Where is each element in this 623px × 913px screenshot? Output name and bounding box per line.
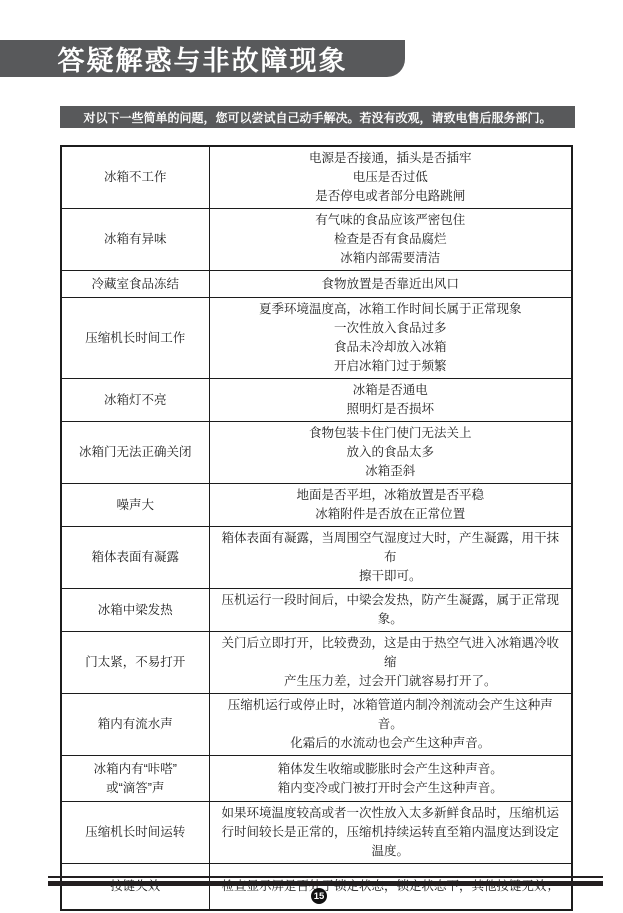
- table-row: 冰箱内有“咔嗒” 或“滴答”声 箱体发生收缩或膨胀时会产生这种声音。 箱内变冷或…: [61, 756, 572, 802]
- problem-cell: 冰箱内有“咔嗒” 或“滴答”声: [61, 756, 209, 802]
- problem-cell: 噪声大: [61, 484, 209, 527]
- page-number-badge: 15: [311, 888, 327, 904]
- solution-cell: 地面是否平坦，冰箱放置是否平稳 冰箱附件是否放在正常位置: [209, 484, 572, 527]
- problem-cell: 冰箱灯不亮: [61, 379, 209, 422]
- solution-cell: 箱体发生收缩或膨胀时会产生这种声音。 箱内变冷或门被打开时会产生这种声音。: [209, 756, 572, 802]
- solution-cell: 电源是否接通，插头是否插牢 电压是否过低 是否停电或者部分电路跳闸: [209, 146, 572, 209]
- table-row: 冰箱有异味 有气味的食品应该严密包住 检查是否有食品腐烂 冰箱内部需要清洁: [61, 209, 572, 271]
- problem-cell: 冰箱门无法正确关闭: [61, 422, 209, 484]
- footer-rule-thin: [48, 876, 603, 878]
- solution-cell: 有气味的食品应该严密包住 检查是否有食品腐烂 冰箱内部需要清洁: [209, 209, 572, 271]
- problem-cell: 压缩机长时间运转: [61, 802, 209, 864]
- solution-cell: 如果环境温度较高或者一次性放入太多新鲜食品时，压缩机运 行时间较长是正常的，压缩…: [209, 802, 572, 864]
- section-title-bar: 答疑解惑与非故障现象: [0, 40, 405, 77]
- solution-cell: 食物包装卡住门使门无法关上 放入的食品太多 冰箱歪斜: [209, 422, 572, 484]
- solution-cell: 食物放置是否靠近出风口: [209, 271, 572, 298]
- problem-cell: 门太紧，不易打开: [61, 632, 209, 694]
- solution-cell: 检查显示屏是否处于锁定状态，锁定状态下，其他按键无效；: [209, 864, 572, 910]
- solution-cell: 夏季环境温度高，冰箱工作时间长属于正常现象 一次性放入食品过多 食品未冷却放入冰…: [209, 298, 572, 379]
- problem-cell: 冰箱有异味: [61, 209, 209, 271]
- solution-cell: 压缩机运行或停止时，冰箱管道内制冷剂流动会产生这种声音。 化霜后的水流动也会产生…: [209, 694, 572, 756]
- table-row: 箱内有流水声 压缩机运行或停止时，冰箱管道内制冷剂流动会产生这种声音。 化霜后的…: [61, 694, 572, 756]
- solution-cell: 压机运行一段时间后，中梁会发热，防产生凝露，属于正常现象。: [209, 589, 572, 632]
- table-row: 冰箱中梁发热 压机运行一段时间后，中梁会发热，防产生凝露，属于正常现象。: [61, 589, 572, 632]
- problem-cell: 冰箱中梁发热: [61, 589, 209, 632]
- problem-cell: 冷藏室食品冻结: [61, 271, 209, 298]
- problem-cell: 冰箱不工作: [61, 146, 209, 209]
- instruction-text: 对以下一些简单的问题，您可以尝试自己动手解决。若没有改观，请致电售后服务部门。: [83, 109, 551, 126]
- page-title: 答疑解惑与非故障现象: [58, 39, 348, 78]
- table-row: 压缩机长时间运转 如果环境温度较高或者一次性放入太多新鲜食品时，压缩机运 行时间…: [61, 802, 572, 864]
- table-row: 压缩机长时间工作 夏季环境温度高，冰箱工作时间长属于正常现象 一次性放入食品过多…: [61, 298, 572, 379]
- solution-cell: 冰箱是否通电 照明灯是否损坏: [209, 379, 572, 422]
- table-row: 箱体表面有凝露 箱体表面有凝露，当周围空气湿度过大时，产生凝露，用干抹布 擦干即…: [61, 527, 572, 589]
- table-row: 冰箱不工作 电源是否接通，插头是否插牢 电压是否过低 是否停电或者部分电路跳闸: [61, 146, 572, 209]
- table-row: 冰箱门无法正确关闭 食物包装卡住门使门无法关上 放入的食品太多 冰箱歪斜: [61, 422, 572, 484]
- solution-cell: 关门后立即打开，比较费劲，这是由于热空气进入冰箱遇冷收缩 产生压力差，过会开门就…: [209, 632, 572, 694]
- problem-cell: 压缩机长时间工作: [61, 298, 209, 379]
- problem-cell: 按键失效: [61, 864, 209, 910]
- table-row: 噪声大 地面是否平坦，冰箱放置是否平稳 冰箱附件是否放在正常位置: [61, 484, 572, 527]
- problem-cell: 箱内有流水声: [61, 694, 209, 756]
- instruction-bar: 对以下一些简单的问题，您可以尝试自己动手解决。若没有改观，请致电售后服务部门。: [60, 106, 575, 128]
- faq-table: 冰箱不工作 电源是否接通，插头是否插牢 电压是否过低 是否停电或者部分电路跳闸 …: [60, 145, 573, 911]
- manual-page: 答疑解惑与非故障现象 对以下一些简单的问题，您可以尝试自己动手解决。若没有改观，…: [0, 0, 623, 913]
- table-row: 冰箱灯不亮 冰箱是否通电 照明灯是否损坏: [61, 379, 572, 422]
- problem-cell: 箱体表面有凝露: [61, 527, 209, 589]
- table-row: 冷藏室食品冻结 食物放置是否靠近出风口: [61, 271, 572, 298]
- table-row: 门太紧，不易打开 关门后立即打开，比较费劲，这是由于热空气进入冰箱遇冷收缩 产生…: [61, 632, 572, 694]
- solution-cell: 箱体表面有凝露，当周围空气湿度过大时，产生凝露，用干抹布 擦干即可。: [209, 527, 572, 589]
- footer-rule-thick: [48, 881, 603, 886]
